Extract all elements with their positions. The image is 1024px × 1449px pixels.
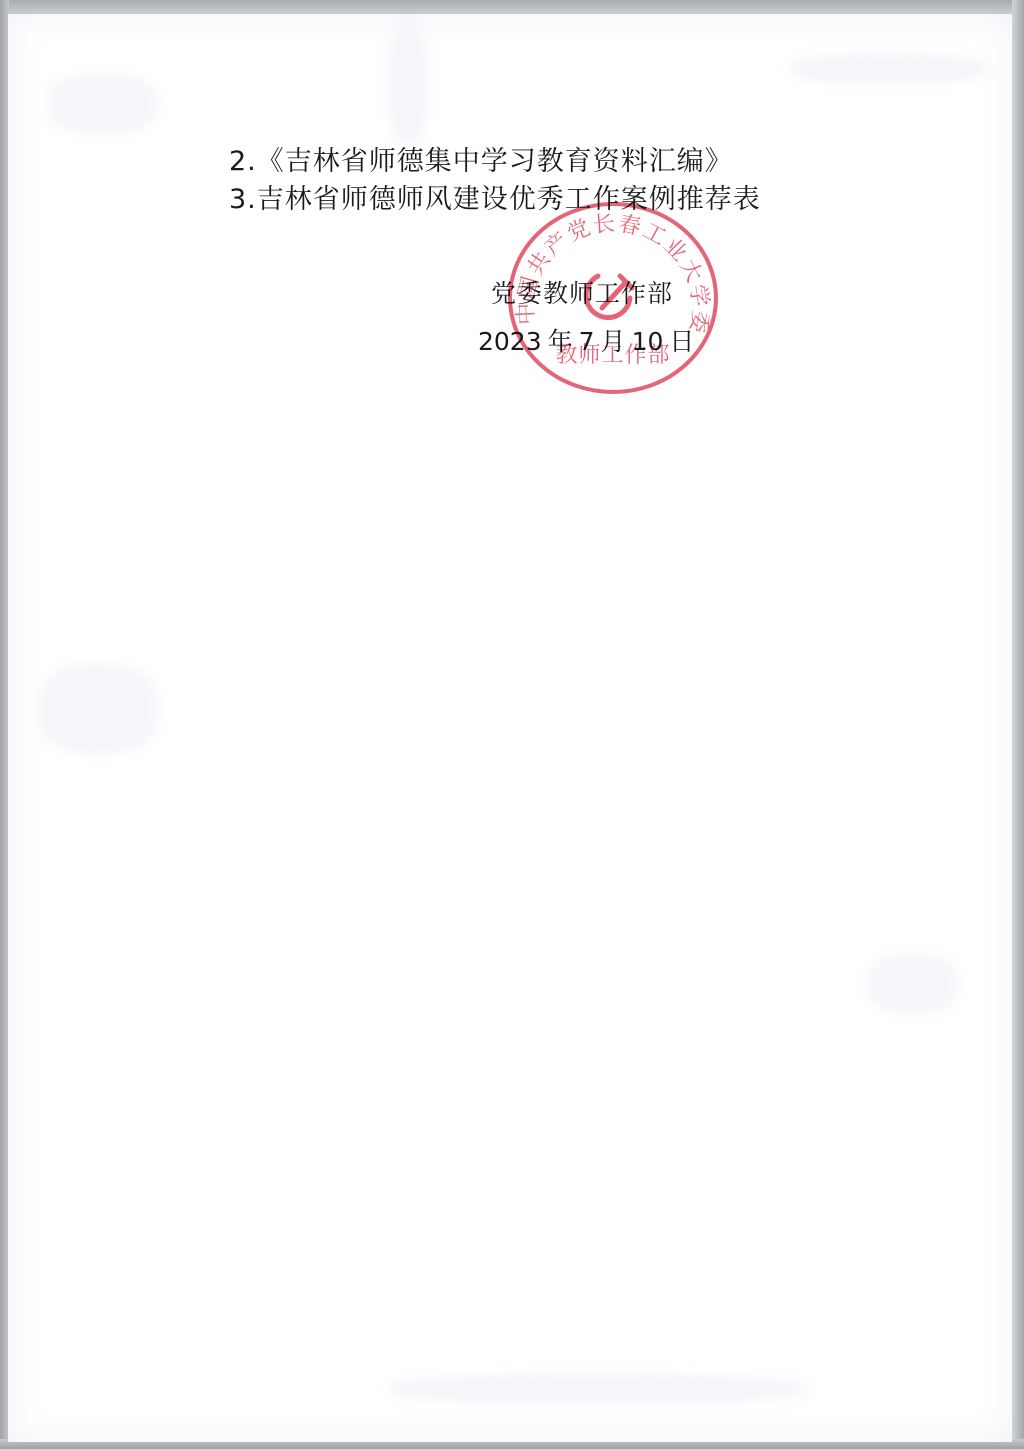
date-month-unit: 月 [601,327,626,356]
attachment-title: 《吉林省师德集中学习教育资料汇编》 [257,146,733,177]
scan-artifact [868,954,958,1014]
attachment-number: 3. [229,184,257,215]
date-month: 7 [579,327,595,356]
scan-artifact [48,74,158,134]
attachment-item: 3.吉林省师德师风建设优秀工作案例推荐表 [229,177,761,216]
date-year: 2023 [478,327,542,356]
scan-artifact [388,24,428,144]
scan-border-right [1012,0,1024,1449]
date-day: 10 [632,327,664,356]
date-year-unit: 年 [548,327,573,356]
scan-border-top [0,0,1024,14]
document-page [8,14,1012,1442]
attachment-number: 2. [229,146,257,177]
attachment-title: 吉林省师德师风建设优秀工作案例推荐表 [257,184,761,215]
scan-artifact [388,1374,808,1404]
scan-artifact [788,54,988,84]
attachment-item: 2.《吉林省师德集中学习教育资料汇编》 [229,139,733,178]
issue-date: 2023年7月10日 [478,322,700,358]
scan-artifact [38,664,158,754]
date-day-unit: 日 [669,327,694,356]
issuing-department: 党委教师工作部 [491,274,673,310]
